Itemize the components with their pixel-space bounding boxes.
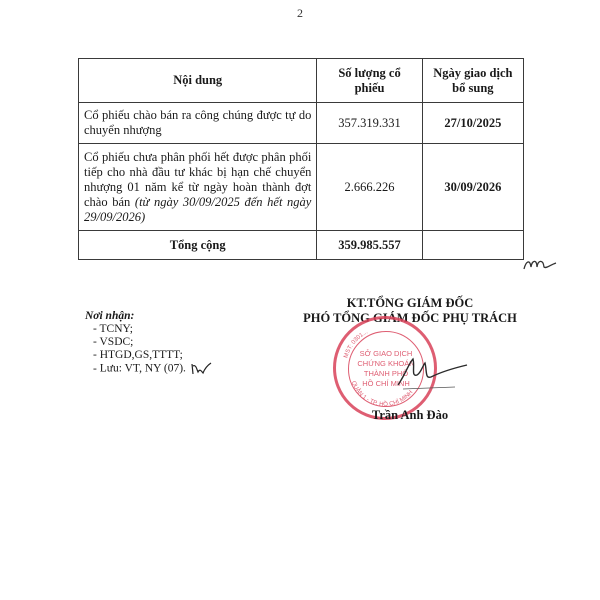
initials-signature-icon	[522, 255, 558, 273]
header-date: Ngày giao dịch bổ sung	[422, 59, 523, 103]
handwritten-mark-icon	[190, 362, 212, 376]
table-row: Cổ phiếu chào bán ra công chúng được tự …	[79, 103, 524, 144]
recipients-block: Nơi nhận: TCNY; VSDC; HTGD,GS,TTTT; Lưu:…	[85, 310, 212, 376]
recipient-item: TCNY;	[93, 323, 212, 336]
row-date: 27/10/2025	[422, 103, 523, 144]
recipient-item: HTGD,GS,TTTT;	[93, 349, 212, 362]
recipient-item: Lưu: VT, NY (07).	[93, 362, 212, 376]
header-quantity: Số lượng cổ phiếu	[317, 59, 422, 103]
shares-table: Nội dung Số lượng cổ phiếu Ngày giao dịc…	[78, 58, 524, 260]
recipients-list: TCNY; VSDC; HTGD,GS,TTTT; Lưu: VT, NY (0…	[85, 323, 212, 376]
signature-title-line1: KT.TỔNG GIÁM ĐỐC	[280, 296, 540, 311]
table-row: Cổ phiếu chưa phân phối hết được phân ph…	[79, 144, 524, 231]
signer-name: Trần Anh Đào	[280, 408, 540, 423]
row-description: Cổ phiếu chào bán ra công chúng được tự …	[79, 103, 317, 144]
row-quantity: 2.666.226	[317, 144, 422, 231]
header-content: Nội dung	[79, 59, 317, 103]
table-header-row: Nội dung Số lượng cổ phiếu Ngày giao dịc…	[79, 59, 524, 103]
total-quantity: 359.985.557	[317, 231, 422, 260]
row-quantity: 357.319.331	[317, 103, 422, 144]
handwritten-signature-icon	[395, 355, 470, 390]
total-date	[422, 231, 523, 260]
table-total-row: Tổng cộng 359.985.557	[79, 231, 524, 260]
recipients-title: Nơi nhận:	[85, 310, 212, 323]
row-date: 30/09/2026	[422, 144, 523, 231]
row-description: Cổ phiếu chưa phân phối hết được phân ph…	[79, 144, 317, 231]
page-number: 2	[0, 6, 600, 21]
total-label: Tổng cộng	[79, 231, 317, 260]
recipient-item: VSDC;	[93, 336, 212, 349]
